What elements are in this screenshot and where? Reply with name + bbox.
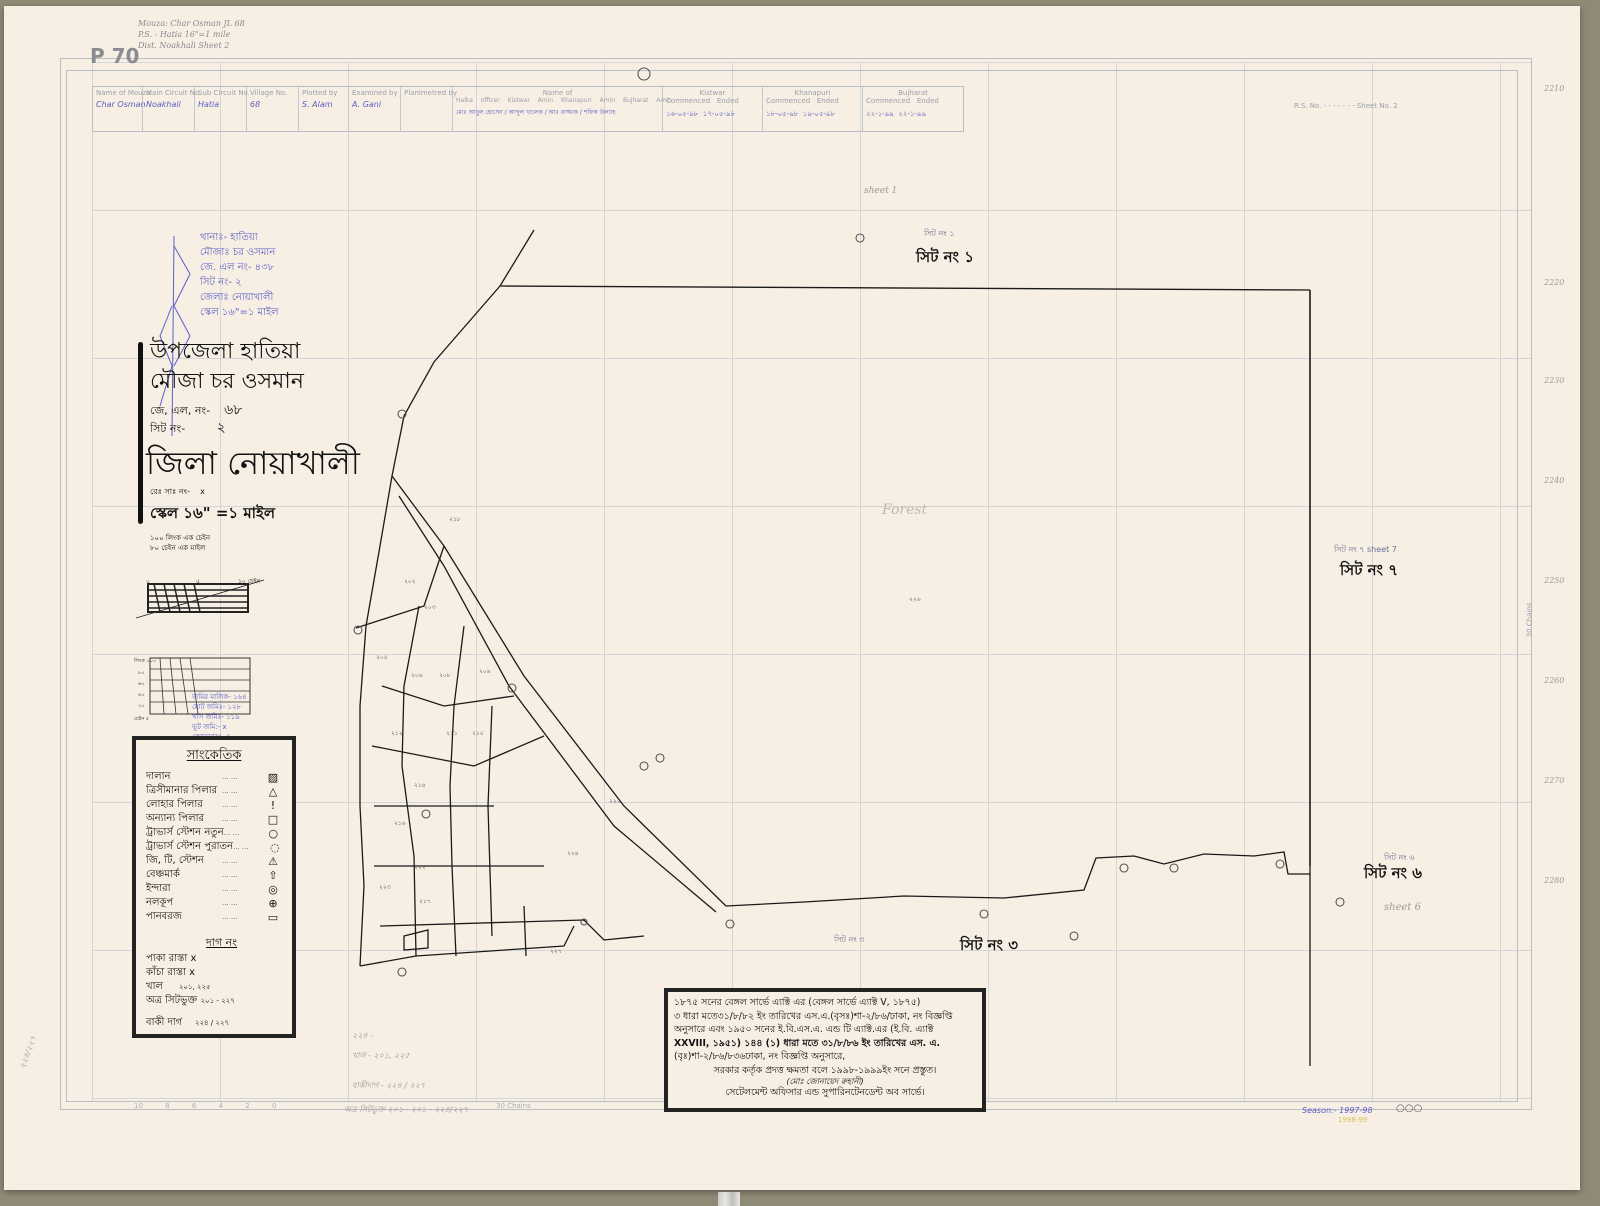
season-circles-icon: ○○○ xyxy=(1396,1103,1422,1114)
plot-number: ২২২ xyxy=(414,862,426,873)
plot-number: ২১৬ xyxy=(394,818,406,829)
sheet1-label: সিট নং ১ xyxy=(916,246,974,271)
svg-text:চেইন ৫: চেইন ৫ xyxy=(134,716,149,722)
plot-number: ২২৭ xyxy=(550,946,562,957)
gt-station-icon: ⚠ xyxy=(262,855,284,868)
svg-text:৮০: ৮০ xyxy=(138,670,145,676)
sheet1-pencil: sheet 1 xyxy=(864,186,897,196)
title-bar xyxy=(138,342,143,524)
legend-item: পানবরজ... ...▭ xyxy=(146,910,284,924)
chains-label: 30 Chains xyxy=(496,1102,531,1110)
rs-row: রেঃ সাঃ নং- x xyxy=(150,486,205,499)
plot-number: ২১৫ xyxy=(472,728,484,739)
betel-garden-icon: ▭ xyxy=(262,911,284,924)
plot-number: ২২৫ xyxy=(609,796,621,807)
svg-text:৪০: ৪০ xyxy=(138,692,145,698)
bottom-note: খাল - ২০১, ২২৫ xyxy=(352,1050,410,1063)
benchmark-icon: ⇧ xyxy=(262,869,284,882)
scale-note: ৮০ চেইন এক মাইল xyxy=(150,542,205,554)
well-icon: ◎ xyxy=(262,883,284,896)
legend-title: সাংকেতিক xyxy=(136,746,292,767)
season-label: Season:- 1997-98 xyxy=(1302,1106,1373,1115)
sheet7-label: সিট নং ৭ xyxy=(1340,559,1398,584)
sheet3-small-label: সিট নং ৩ xyxy=(834,934,864,947)
old-station-icon: ◌ xyxy=(266,841,284,854)
district-title: জিলা নোয়াখালী xyxy=(146,438,360,492)
dag-list: পাকা রাস্তা x কাঁচা রাস্তা x খাল ২০১, ২২… xyxy=(146,952,235,1030)
plot-number: ২০৩ xyxy=(424,602,436,613)
diag-scale-notes: জমির মালিক- ১৬৪ মোট জমিঃ- ১২৮ খাস জমিঃ- … xyxy=(192,692,247,742)
bottom-scale-ticks: 10 8 6 4 2 0 xyxy=(134,1102,276,1110)
plot-number: ২২৩ xyxy=(379,882,391,893)
dag-title: দাগ নং xyxy=(206,934,237,953)
bottom-note: বাকীদাগ - ২২৪ / ২২৭ xyxy=(352,1080,425,1093)
sheet3-label: সিট নং ৩ xyxy=(960,934,1018,959)
svg-text:৬০: ৬০ xyxy=(138,681,145,687)
tape-strip xyxy=(718,1192,740,1206)
plot-number: ২১৮ xyxy=(449,514,461,525)
sheet7-small-label: সিট নং ৭ sheet 7 xyxy=(1334,544,1397,557)
scale-bar: ০ ৫ ১০ চেইন xyxy=(134,578,274,628)
svg-text:২০: ২০ xyxy=(138,703,145,709)
scale-text: স্কেল ১৬" =১ মাইল xyxy=(150,502,275,527)
iron-pillar-icon: ! xyxy=(262,799,284,812)
svg-text:লিংক ১০০: লিংক ১০০ xyxy=(134,658,156,664)
certification-notice: ১৮৭৫ সনের বেঙ্গল সার্ভে এ্যাক্ট এর (বেঙ্… xyxy=(664,988,986,1112)
plot-number: ২১২ xyxy=(391,728,403,739)
triangle-pillar-icon: △ xyxy=(262,785,284,798)
plot-number: ২২৪ xyxy=(567,848,579,859)
building-icon: ▨ xyxy=(262,771,284,784)
tubewell-icon: ⊕ xyxy=(262,897,284,910)
mouza-title: মৌজা চর ওসমান xyxy=(150,364,304,401)
plot-number: ২১১ xyxy=(446,728,458,739)
svg-text:৫: ৫ xyxy=(196,578,200,585)
blue-ink-note: থানাঃ- হাতিয়া মৌজাঃ চর ওসমান জে. এল নং-… xyxy=(200,230,279,320)
svg-text:১০ চেইন: ১০ চেইন xyxy=(238,578,260,585)
bottom-note: অত্র সিটভুক্ত ২০১ - ২০১ - ২২৪/২২৭ xyxy=(344,1104,468,1117)
sheet-row: সিট নং- ২ xyxy=(150,416,226,440)
legend-box: সাংকেতিক দালান... ...▨ ত্রিসীমানার পিলার… xyxy=(132,736,296,1038)
plot-number: ২০৮ xyxy=(439,670,451,681)
sheet1-small-label: সিট নং ১ xyxy=(924,228,954,241)
plot-number: ২০৬ xyxy=(411,670,423,681)
sheet6-label: সিট নং ৬ xyxy=(1364,862,1422,887)
sheet6-pencil: sheet 6 xyxy=(1384,902,1421,913)
svg-text:০: ০ xyxy=(146,578,150,585)
plot-number: ২০৯ xyxy=(479,666,491,677)
plot-number: ২১৭ xyxy=(419,896,431,907)
plot-number: ২১৪ xyxy=(414,780,426,791)
map-sheet: P 70 Mouza: Char Osman JL 68 P.S. - Hati… xyxy=(4,6,1580,1190)
other-pillar-icon: □ xyxy=(262,813,284,826)
bottom-note: ২২৪ - xyxy=(352,1030,373,1043)
plot-number: ২০২ xyxy=(404,576,416,587)
season2-label: 1998-99 xyxy=(1338,1116,1367,1124)
forest-label: Forest xyxy=(882,502,927,518)
signature: (মোঃ জোনায়েদ রুহানী) xyxy=(674,1077,976,1086)
new-station-icon: ○ xyxy=(263,827,284,840)
plot-number: ২২৬ xyxy=(909,594,921,605)
plot-number: ২০৫ xyxy=(376,652,388,663)
